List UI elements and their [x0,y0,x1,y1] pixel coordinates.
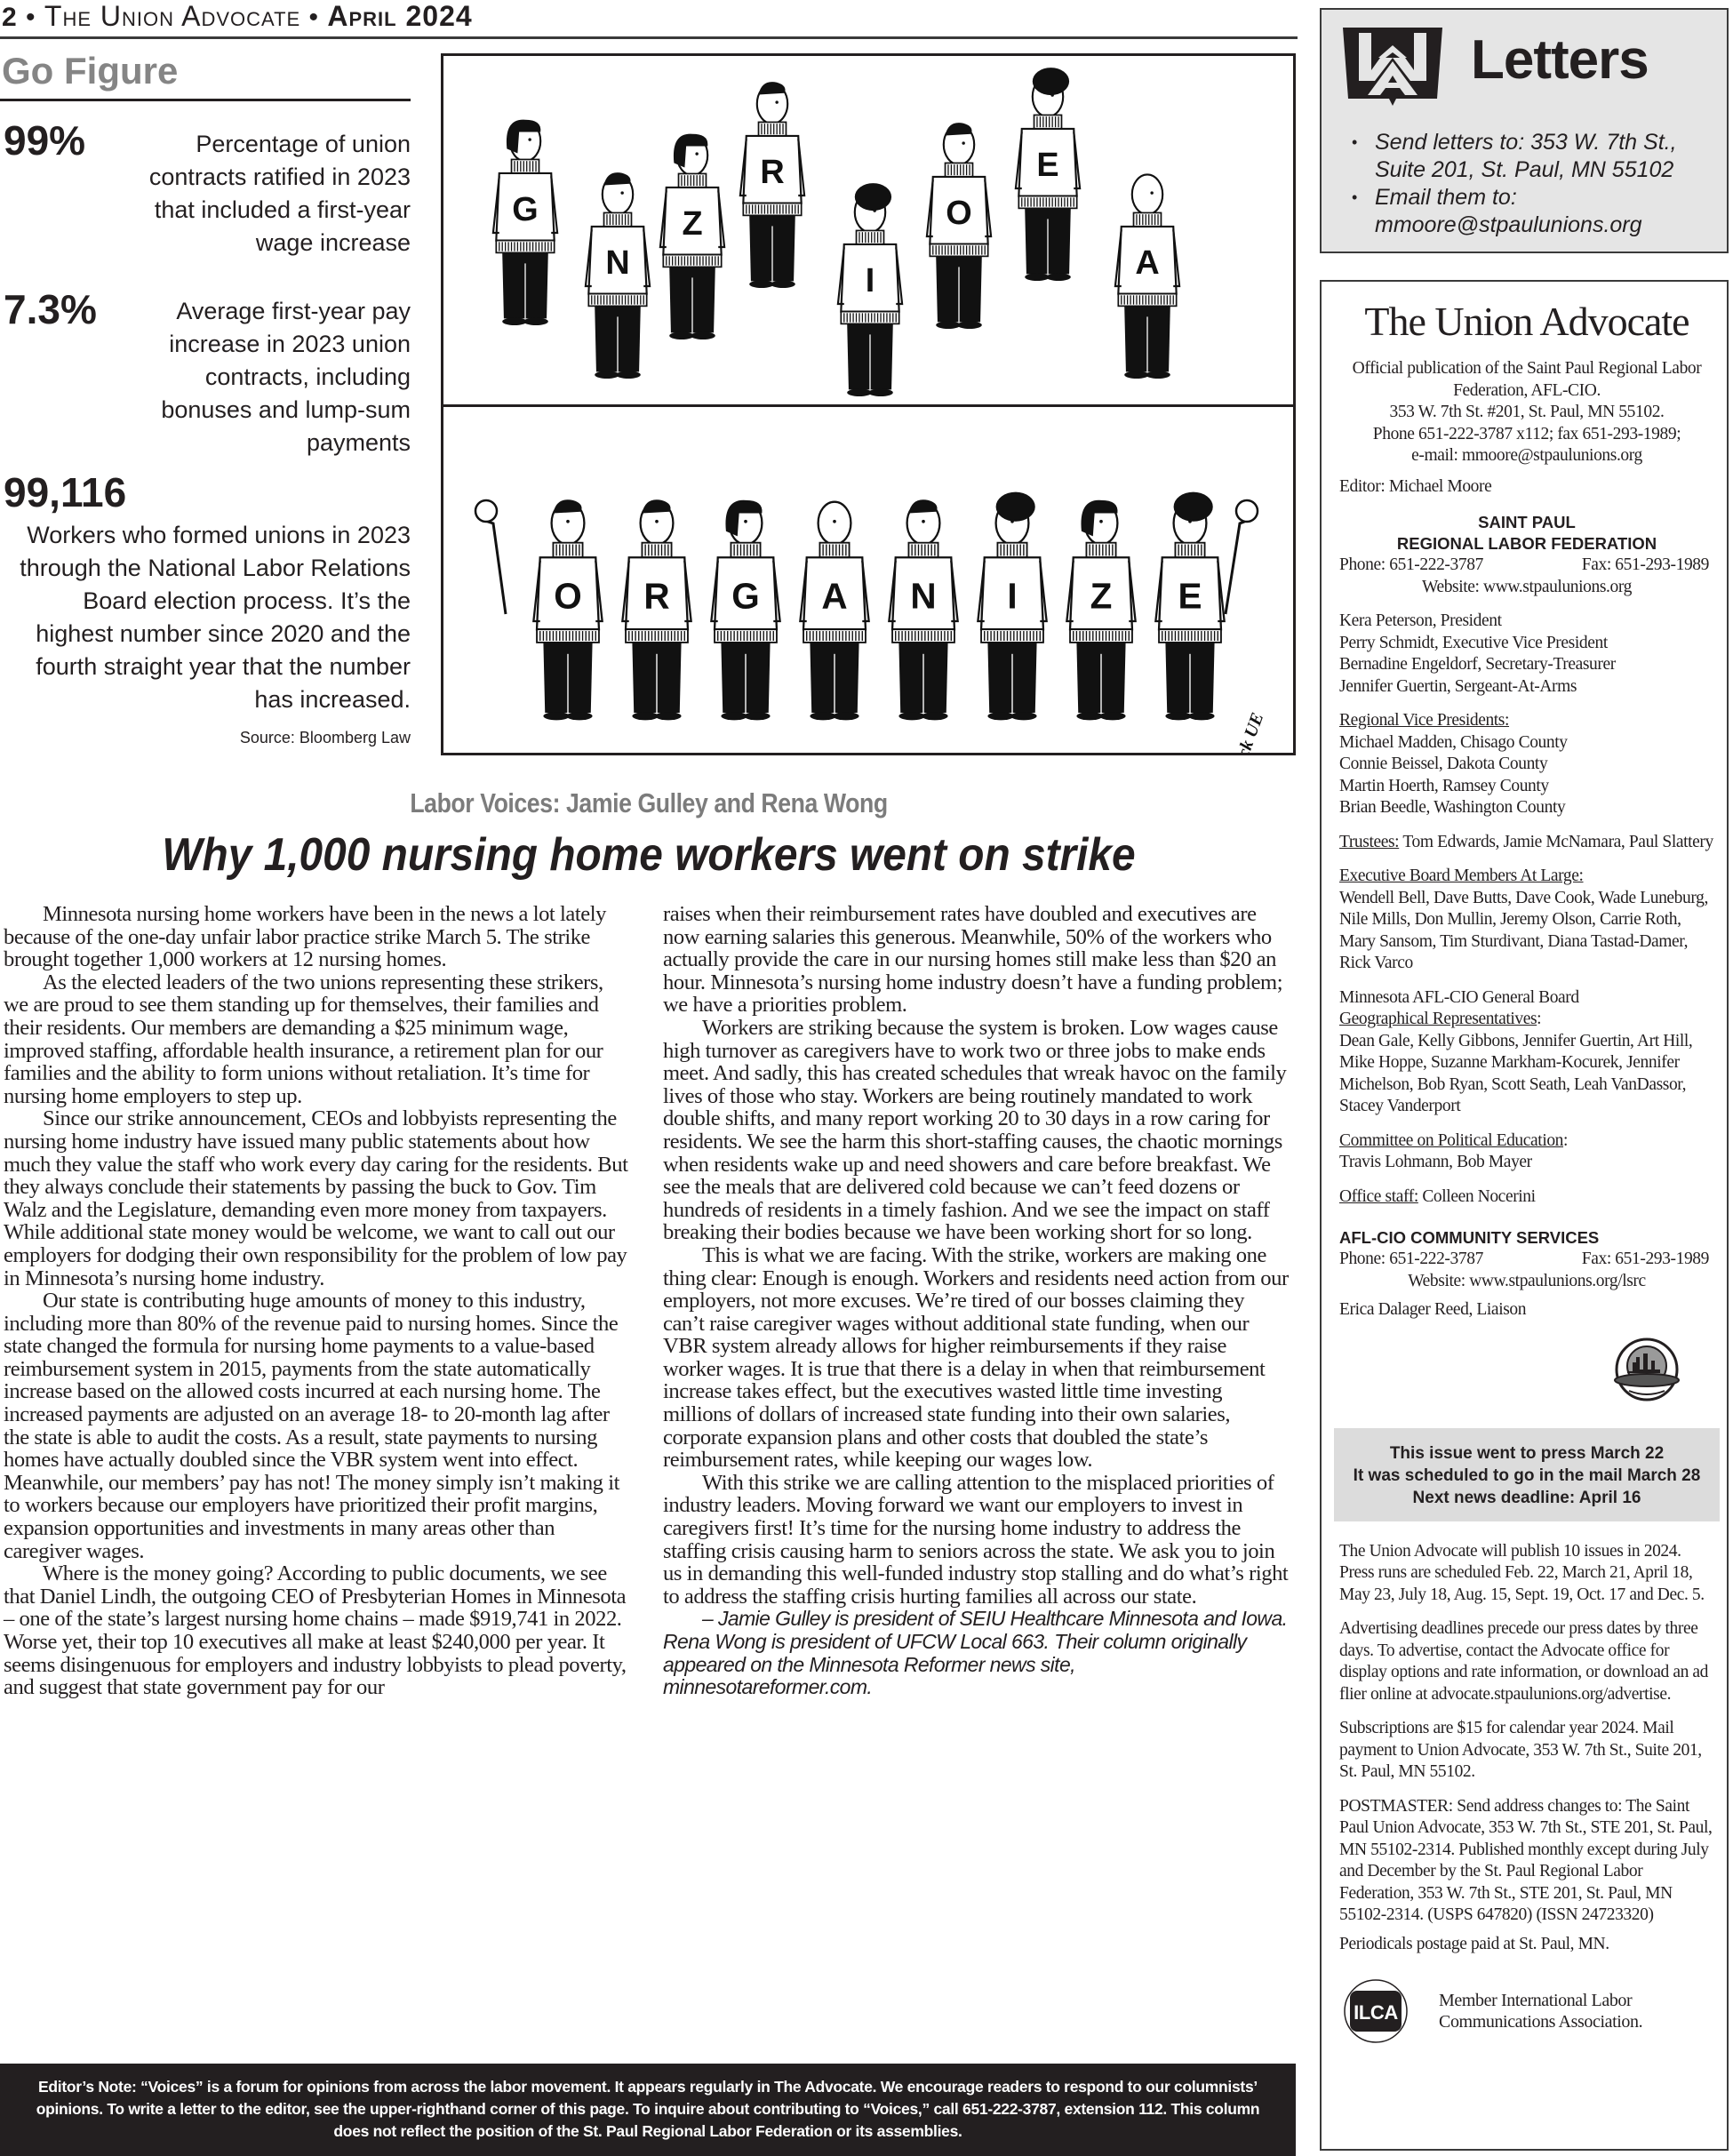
paragraph: As the elected leaders of the two unions… [4,971,629,1108]
officer: Brian Beedle, Washington County [1339,797,1714,819]
svg-text:A: A [1135,244,1159,282]
stat-description: Average first-year pay increase in 2023 … [135,295,411,459]
section-label: Office staff: [1339,1187,1418,1206]
article-headline: Why 1,000 nursing home workers went on s… [52,828,1245,882]
svg-text:N: N [605,244,629,282]
officer: Perry Schmidt, Executive Vice President [1339,633,1714,655]
community-services-contact: Phone: 651-222-3787 Fax: 651-293-1989 [1339,1249,1714,1271]
officer: Kera Peterson, President [1339,611,1714,633]
federation-block: SAINT PAUL REGIONAL LABOR FEDERATION Pho… [1339,512,1714,598]
cartoon-panel-scattered: GNZRIOEA [443,56,1293,407]
federation-heading: SAINT PAUL [1339,512,1714,533]
letters-box: Letters Send letters to: 353 W. 7th St.,… [1320,8,1729,253]
stat-description: Percentage of union contracts ratified i… [135,128,411,260]
letters-mail-instruction: Send letters to: 353 W. 7th St., Suite 2… [1350,129,1723,184]
section-label: Executive Board Members At Large: [1339,866,1714,888]
worker-figure: I [978,492,1046,721]
federation-heading: REGIONAL LABOR FEDERATION [1339,533,1714,555]
united-workers-illustration: ORGANIZE [443,410,1293,753]
community-services-fax: Fax: 651-293-1989 [1582,1249,1709,1271]
organize-cartoon: GNZRIOEA ORGANIZE ©2014 Huck UE [441,53,1296,755]
publication-phone: Phone 651-222-3787 x112; fax 651-293-198… [1339,424,1714,446]
exec-board: Executive Board Members At Large: Wendel… [1339,866,1714,975]
scattered-workers-illustration: GNZRIOEA [443,56,1293,407]
stat-description: Workers who formed unions in 2023 throug… [0,519,411,716]
press-date: This issue went to press March 22 [1339,1442,1714,1465]
masthead-title: The Union Advocate [1339,299,1714,344]
article-kicker: Labor Voices: Jamie Gulley and Rena Wong [91,787,1207,819]
publication-email: e-mail: mmoore@stpaulunions.org [1339,445,1714,467]
press-dates-box: This issue went to press March 22 It was… [1334,1428,1720,1521]
worker-figure: Z [660,134,724,339]
letters-instructions: Send letters to: 353 W. 7th St., Suite 2… [1350,129,1723,239]
svg-text:E: E [1036,147,1058,184]
worker-figure: A [1115,174,1179,379]
general-board: Minnesota AFL-CIO General Board Geograph… [1339,987,1714,1118]
stat-source: Source: Bloomberg Law [0,729,411,747]
general-board-names: Dean Gale, Kelly Gibbons, Jennifer Guert… [1339,1031,1714,1118]
paragraph: Minnesota nursing home workers have been… [4,903,629,971]
letters-title: Letters [1471,29,1649,92]
worker-figure: O [927,123,991,329]
federation-phone: Phone: 651-222-3787 [1339,555,1483,577]
stat-value: 7.3% [4,286,97,332]
worker-figure: G [493,120,557,325]
article-body: Minnesota nursing home workers have been… [0,903,1298,2049]
svg-text:R: R [760,154,784,191]
periodicals-info: Periodicals postage paid at St. Paul, MN… [1339,1934,1714,1956]
paragraph: This is what we are facing. With the str… [663,1244,1289,1472]
community-services-heading: AFL-CIO COMMUNITY SERVICES [1339,1227,1714,1249]
exec-board-names: Wendell Bell, Dave Butts, Dave Cook, Wad… [1339,888,1714,975]
section-label: Trustees: [1339,833,1399,851]
section-label: Geographical Representatives [1339,1010,1537,1028]
go-figure-title: Go Figure [0,44,411,101]
postmaster-info: POSTMASTER: Send address changes to: The… [1339,1796,1714,1927]
editors-note: Editor’s Note: “Voices” is a forum for o… [0,2064,1296,2156]
cartoon-panel-united: ORGANIZE ©2014 Huck UE [443,410,1293,753]
svg-text:A: A [821,575,847,616]
svg-text:R: R [643,575,669,616]
publication-name: The Union Advocate [44,0,300,32]
union-advocate-logo-icon [1341,26,1444,108]
officer: Martin Hoerth, Ramsey County [1339,776,1714,798]
worker-figure: Z [1066,500,1135,721]
svg-text:I: I [1007,575,1017,616]
page-folio: 2 • The Union Advocate • April 2024 [0,0,1298,39]
worker-figure: R [622,499,691,720]
page-number: 2 [2,3,18,32]
stat-item: 99% Percentage of union contracts ratifi… [0,117,411,277]
publication-info: Official publication of the Saint Paul R… [1339,358,1714,467]
publishing-info: The Union Advocate will publish 10 issue… [1339,1541,1714,1956]
issue-date: April 2024 [327,0,472,32]
paragraph: Since our strike announcement, CEOs and … [4,1107,629,1290]
go-figure-sidebar: Go Figure 99% Percentage of union contra… [0,44,411,764]
officers-list: Kera Peterson, President Perry Schmidt, … [1339,611,1714,698]
ilca-membership: ILCA Member International Labor Communic… [1339,1978,1714,2044]
federation-fax: Fax: 651-293-1989 [1582,555,1709,577]
worker-figure: I [838,183,902,396]
folio-separator: • [309,3,320,32]
community-services-phone: Phone: 651-222-3787 [1339,1249,1483,1271]
federation-contact: Phone: 651-222-3787 Fax: 651-293-1989 [1339,555,1714,577]
svg-text:ILCA: ILCA [1354,2001,1398,2024]
publication-address: 353 W. 7th St. #201, St. Paul, MN 55102. [1339,402,1714,424]
worker-figure: R [740,82,804,288]
svg-text:G: G [731,575,759,616]
stat-item: 99,116 Workers who formed unions in 2023… [0,469,411,716]
folio-line: 2 • The Union Advocate • April 2024 [2,0,473,34]
general-board-heading: Minnesota AFL-CIO General Board [1339,987,1714,1010]
svg-text:N: N [910,575,936,616]
worker-figure: E [1155,492,1224,721]
article-column-2: raises when their reimbursement rates ha… [663,903,1289,1699]
advertising-info: Advertising deadlines precede our press … [1339,1618,1714,1705]
officer: Michael Madden, Chisago County [1339,732,1714,755]
svg-text:Z: Z [1090,575,1113,616]
worker-figure: N [889,499,957,720]
regional-vps: Regional Vice Presidents: Michael Madden… [1339,710,1714,819]
next-deadline: Next news deadline: April 16 [1339,1487,1714,1509]
officer: Jennifer Guertin, Sergeant-At-Arms [1339,676,1714,699]
union-seal-icon [1611,1338,1682,1401]
officer: Bernadine Engeldorf, Secretary-Treasurer [1339,654,1714,676]
community-services: AFL-CIO COMMUNITY SERVICES Phone: 651-22… [1339,1227,1714,1322]
publishing-schedule: The Union Advocate will publish 10 issue… [1339,1541,1714,1607]
officer: Connie Beissel, Dakota County [1339,754,1714,776]
ilca-logo-icon: ILCA [1339,1978,1412,2044]
paragraph: Where is the money going? According to p… [4,1562,629,1699]
trustees: Trustees: Tom Edwards, Jamie McNamara, P… [1339,832,1714,854]
office-staff: Office staff: Colleen Nocerini [1339,1186,1714,1209]
worker-figure: N [586,172,650,379]
letters-email-instruction: Email them to: mmoore@stpaulunions.org [1350,184,1723,239]
cope-names: Travis Lohmann, Bob Mayer [1339,1152,1714,1174]
paragraph: Our state is contributing huge amounts o… [4,1290,629,1562]
masthead-box: The Union Advocate Official publication … [1320,280,1729,2151]
paragraph-continuation: raises when their reimbursement rates ha… [663,903,1289,1017]
section-label: Committee on Political Education [1339,1131,1563,1150]
mail-date: It was scheduled to go in the mail March… [1339,1465,1714,1487]
svg-text:Z: Z [682,205,702,243]
office-staff-names: Colleen Nocerini [1422,1187,1535,1206]
ilca-member-text: Member International Labor Communication… [1439,1990,1714,2033]
svg-text:I: I [866,262,875,299]
paragraph: Workers are striking because the system … [663,1017,1289,1244]
stat-value: 99% [4,117,85,164]
community-services-website: Website: www.stpaulunions.org/lsrc [1339,1271,1714,1293]
trustee-names: Tom Edwards, Jamie McNamara, Paul Slatte… [1402,833,1713,851]
section-label: Regional Vice Presidents: [1339,710,1714,732]
stat-value: 99,116 [0,469,411,515]
subscription-info: Subscriptions are $15 for calendar year … [1339,1718,1714,1784]
svg-text:G: G [512,191,538,228]
article-column-1: Minnesota nursing home workers have been… [4,903,629,1699]
worker-figure: G [711,500,779,721]
editor-credit: Editor: Michael Moore [1339,476,1714,499]
paragraph: With this strike we are calling attentio… [663,1472,1289,1609]
worker-figure: A [800,502,868,721]
worker-figure: O [533,499,602,720]
svg-text:O: O [946,195,971,232]
federation-website: Website: www.stpaulunions.org [1339,577,1714,599]
community-services-liaison: Erica Dalager Reed, Liaison [1339,1299,1714,1322]
cope: Committee on Political Education: Travis… [1339,1130,1714,1174]
svg-text:E: E [1178,575,1202,616]
svg-text:O: O [554,575,581,616]
stat-item: 7.3% Average first-year pay increase in … [0,286,411,464]
publication-description: Official publication of the Saint Paul R… [1339,358,1714,402]
folio-separator: • [26,3,36,32]
author-bio: – Jamie Gulley is president of SEIU Heal… [663,1608,1289,1698]
worker-figure: E [1016,68,1080,281]
